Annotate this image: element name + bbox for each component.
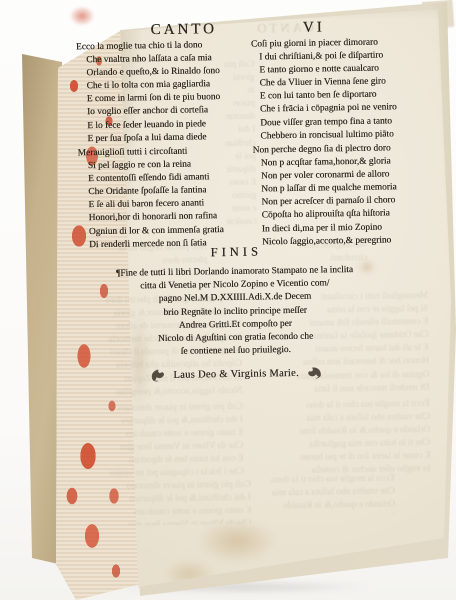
- verse-stanza: Coſi piu giorni in piacer dimoraro I dui…: [251, 36, 397, 143]
- aldine-leaf-icon: [149, 366, 166, 385]
- verse-stanza: Non perche degno ſia di plectro doro Non…: [253, 142, 398, 249]
- aldine-leaf-icon: [306, 364, 323, 383]
- laus-deo-row: Laus Deo & Virginis Marie.: [111, 364, 361, 385]
- colophon: ¶Fine de tutti li libri Dorlando inamora…: [54, 263, 415, 361]
- showthrough-text: Ecco la moglie tua chio ti la dono Che v…: [260, 397, 431, 478]
- book-photograph: CANTO Coſi piu giorni in piacer dimoraro…: [0, 0, 456, 600]
- verse-stanza: Ecco la moglie tua chio ti la dono Che v…: [76, 39, 221, 146]
- verse-stanza: Merauiglioſi tutti i circoſtanti Si pel …: [78, 145, 225, 252]
- verse-line: E per ſua ſpoſa a lui dama diede: [87, 131, 221, 146]
- printed-text-layer: CANTO Coſi piu giorni in piacer dimoraro…: [0, 0, 456, 600]
- showthrough-text: Ecco la moglie tua chio ti la dono Che v…: [265, 471, 396, 515]
- showthrough-text: Coſi piu giorni in piacer dimoraro I dui…: [79, 478, 252, 527]
- laus-deo-text: Laus Deo & Virginis Marie.: [173, 368, 299, 381]
- verse-line: Chebbero in roncisual lultimo piāto: [260, 128, 397, 143]
- finis-label: FINIS: [161, 244, 311, 261]
- running-head-canto: CANTO: [148, 21, 220, 39]
- showthrough-text: Coſi piu giorni in piacer dimoraro I dui…: [78, 400, 244, 481]
- running-head-canto-number: VI: [294, 19, 334, 37]
